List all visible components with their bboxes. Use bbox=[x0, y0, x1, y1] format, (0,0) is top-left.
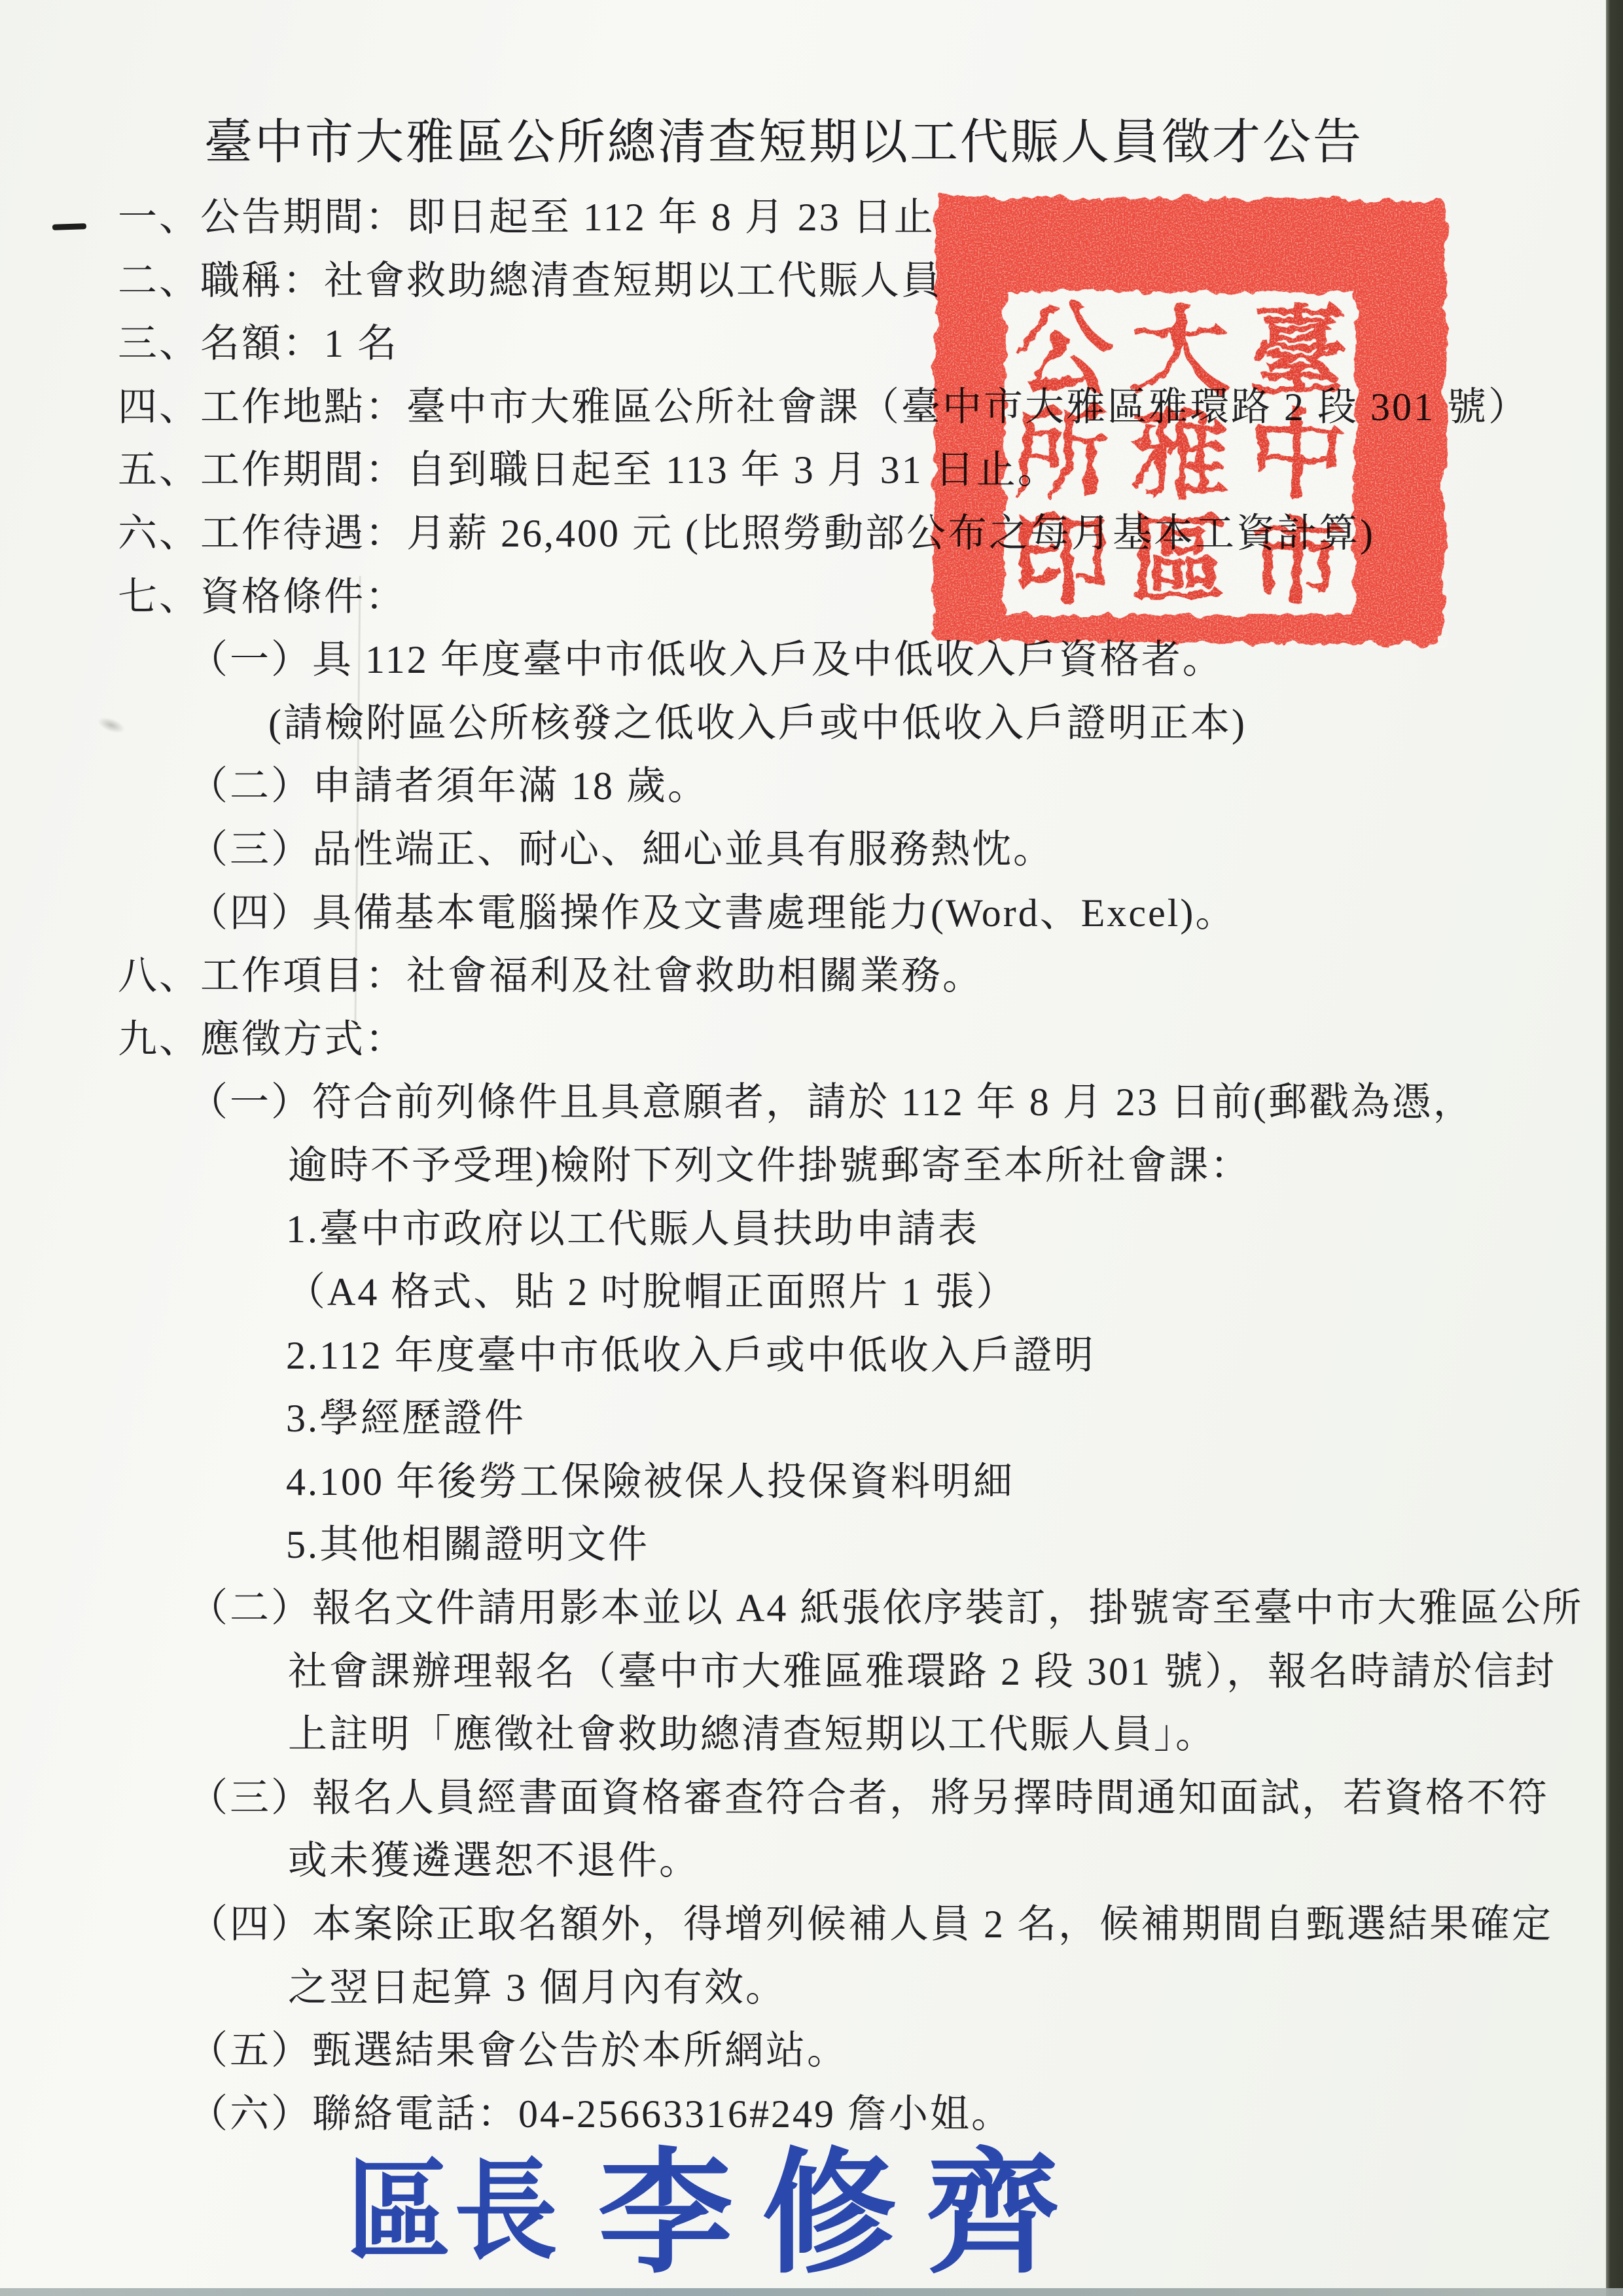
document-line: 八、工作項目：社會福利及社會救助相關業務。 bbox=[0, 944, 1623, 1008]
document-line: （二）報名文件請用影本並以 A4 紙張依序裝訂，掛號寄至臺中市大雅區公所 bbox=[0, 1577, 1623, 1640]
document-line: (請檢附區公所核發之低收入戶或中低收入戶證明正本) bbox=[0, 692, 1623, 755]
document-line: 之翌日起算 3 個月內有效。 bbox=[0, 1956, 1623, 2020]
document-line: 3.學經歷證件 bbox=[0, 1387, 1623, 1450]
document-line: 一、公告期間：即日起至 112 年 8 月 23 日止 bbox=[0, 186, 1623, 249]
scan-artifact-dash bbox=[52, 223, 86, 230]
scan-edge-right bbox=[1606, 0, 1623, 2296]
signature-name: 李修齊 bbox=[598, 2105, 1089, 2296]
document-line: 七、資格條件： bbox=[0, 565, 1623, 629]
document-line: 5.其他相關證明文件 bbox=[0, 1513, 1623, 1577]
document-line: 九、應徵方式： bbox=[0, 1008, 1623, 1071]
document-line: 2.112 年度臺中市低收入戶或中低收入戶證明 bbox=[0, 1324, 1623, 1388]
document-line: 上註明「應徵社會救助總清查短期以工代賑人員」。 bbox=[0, 1703, 1623, 1767]
document-line: 三、名額：1 名 bbox=[0, 312, 1623, 376]
document-line: 四、工作地點：臺中市大雅區公所社會課（臺中市大雅區雅環路 2 段 301 號） bbox=[0, 376, 1623, 439]
document-line: 二、職稱：社會救助總清查短期以工代賑人員 bbox=[0, 249, 1623, 313]
scan-edge-bottom bbox=[0, 2288, 1623, 2296]
document-line: 五、工作期間：自到職日起至 113 年 3 月 31 日止。 bbox=[0, 439, 1623, 502]
document-line: （四）具備基本電腦操作及文書處理能力(Word、Excel)。 bbox=[0, 882, 1623, 945]
document-line: 4.100 年後勞工保險被保人投保資料明細 bbox=[0, 1450, 1623, 1514]
document-line: （五）甄選結果會公告於本所網站。 bbox=[0, 2019, 1623, 2083]
signature-title: 區長 bbox=[347, 2123, 562, 2281]
document-line: （四）本案除正取名額外，得增列候補人員 2 名，候補期間自甄選結果確定 bbox=[0, 1893, 1623, 1956]
scanned-announcement-page: 臺 中 市 大 雅 區 公 所 印 臺中市大雅區公所總清查短期以工代賑人員徵才公… bbox=[0, 0, 1623, 2296]
document-line: 六、工作待遇：月薪 26,400 元 (比照勞動部公布之每月基本工資計算) bbox=[0, 502, 1623, 565]
document-line: 逾時不予受理)檢附下列文件掛號郵寄至本所社會課： bbox=[0, 1134, 1623, 1198]
document-line: （二）申請者須年滿 18 歲。 bbox=[0, 755, 1623, 818]
document-line: （A4 格式、貼 2 吋脫帽正面照片 1 張） bbox=[0, 1261, 1623, 1324]
document-line: （三）品性端正、耐心、細心並具有服務熱忱。 bbox=[0, 818, 1623, 882]
document-line: （一）符合前列條件且具意願者，請於 112 年 8 月 23 日前(郵戳為憑， bbox=[0, 1071, 1623, 1134]
document-line: 1.臺中市政府以工代賑人員扶助申請表 bbox=[0, 1198, 1623, 1261]
document-line: （三）報名人員經書面資格審查符合者，將另擇時間通知面試，若資格不符 bbox=[0, 1767, 1623, 1830]
document-line: （一）具 112 年度臺中市低收入戶及中低收入戶資格者。 bbox=[0, 628, 1623, 692]
document-line: 或未獲遴選恕不退件。 bbox=[0, 1829, 1623, 1893]
page-title: 臺中市大雅區公所總清查短期以工代賑人員徵才公告 bbox=[0, 115, 1597, 171]
document-body: 一、公告期間：即日起至 112 年 8 月 23 日止二、職稱：社會救助總清查短… bbox=[0, 186, 1623, 2145]
document-line: 社會課辦理報名（臺中市大雅區雅環路 2 段 301 號），報名時請於信封 bbox=[0, 1640, 1623, 1704]
district-chief-signature: 區長 李修齊 bbox=[347, 2132, 1089, 2271]
